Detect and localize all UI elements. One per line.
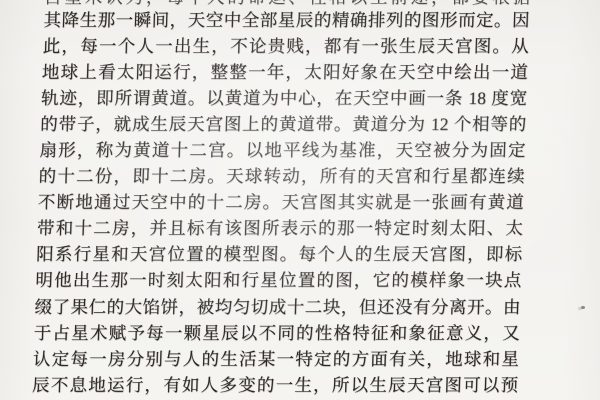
text-line-14: 认定每一房分别与人的生活某一特定的方面有关，地球和星 (33, 346, 520, 372)
text-line-11: 明他出生那一时刻太阳和行星位置的图，它的模样象一块点 (35, 267, 522, 293)
text-line-4: 轨迹，即所谓黄道。以黄道为中心，在天空中画一条 18 度宽 (41, 85, 528, 111)
text-line-8: 不断地通过天空中的十二房。天宫图其实就是一张画有黄道 (37, 189, 524, 215)
body-text: 其降生那一瞬间，天空中全部星辰的精确排列的图形而定。因 此，每一个人一出生，不论… (32, 7, 530, 398)
text-line-2: 此，每一个人一出生，不论贵贱，都有一张生辰天宫图。从 (42, 33, 529, 59)
text-line-3: 地球上看太阳运行，整整一年，太阳好象在天空中绘出一道 (42, 59, 529, 85)
text-line-9: 带和十二房，并且标有该图所表示的那一特定时刻太阳、太 (37, 215, 524, 241)
text-line-12: 缀了果仁的大馅饼，被均匀切成十二块，但还没有分离开。由 (34, 294, 521, 320)
scanned-page: 占星术认为，每个人的命运、性格以至前途，都要根据 其降生那一瞬间，天空中全部星辰… (0, 0, 600, 400)
text-line-10: 阳系行星和天宫位置的模型图。每个人的生辰天宫图，即标 (36, 241, 523, 267)
text-line-15: 辰不息地运行，有如人多变的一生，所以生辰天宫图可以预 (32, 372, 519, 398)
text-line-13: 于占星术赋予每一颗星辰以不同的性格特征和象征意义，又 (33, 320, 520, 346)
text-line-6: 扇形，称为黄道十二宫。以地平线为基准，天空被分为固定 (39, 137, 526, 163)
text-line-1: 其降生那一瞬间，天空中全部星辰的精确排列的图形而定。因 (43, 7, 530, 33)
scan-speck (581, 306, 585, 309)
text-line-5: 的带子，就成生辰天宫图上的黄道带。黄道分为 12 个相等的 (40, 111, 527, 137)
text-line-7: 的十二份，即十二房。天球转动，所有的天宫和行星都连续 (38, 163, 525, 189)
